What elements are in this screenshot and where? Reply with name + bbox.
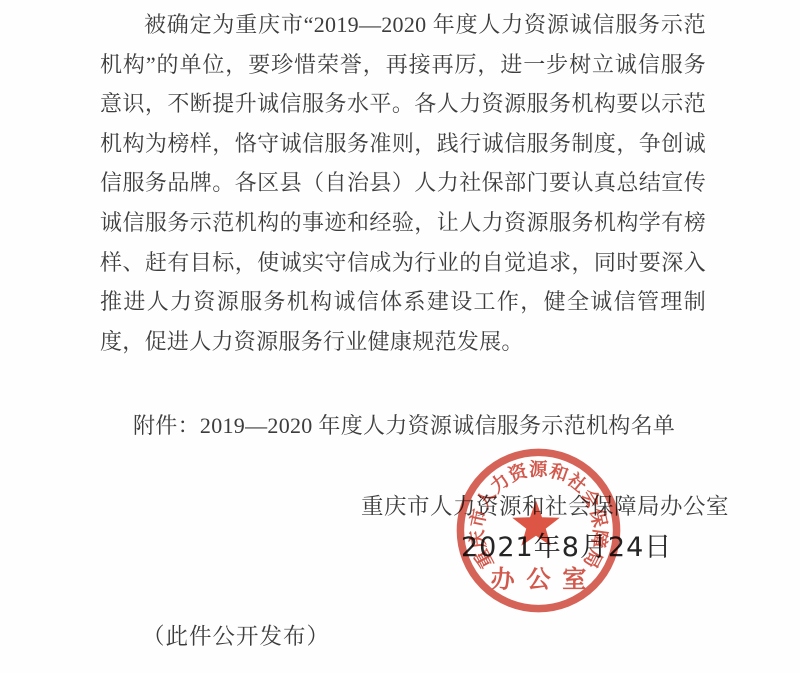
official-seal: 重庆市人力资源和社会保障局 办公室 [455,447,622,614]
public-release-note: （此件公开发布） [142,623,330,651]
document-page: 被确定为重庆市“2019—2020 年度人力资源诚信服务示范机构”的单位，要珍惜… [0,0,800,673]
body-paragraph: 被确定为重庆市“2019—2020 年度人力资源诚信服务示范机构”的单位，要珍惜… [100,5,706,361]
attachment-line: 附件：2019—2020 年度人力资源诚信服务示范机构名单 [133,412,675,440]
seal-office-text: 办公室 [491,566,599,593]
star-icon [512,500,560,545]
